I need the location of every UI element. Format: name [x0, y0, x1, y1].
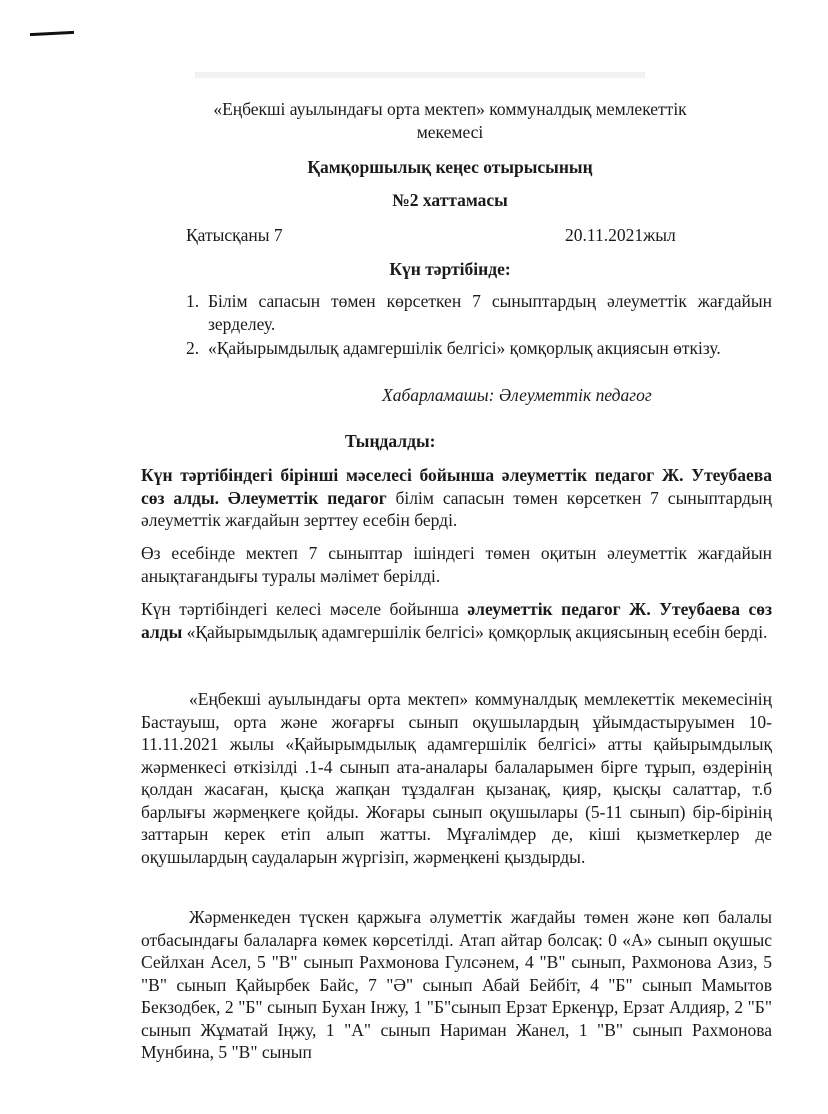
title-line-2: №2 хаттамасы — [150, 189, 750, 212]
bleed-through-shadow — [195, 72, 645, 78]
reporter-label: Хабарламашы — [382, 385, 489, 405]
reporter-line: Хабарламашы: Әлеуметтік педагог — [382, 384, 652, 407]
agenda-item-2: 2. «Қайырымдылық адамгершілік белгісі» қ… — [186, 337, 772, 360]
heard-paragraph-3: Күн тәртібіндегі келесі мәселе бойынша ә… — [141, 598, 772, 643]
heard-paragraph-1: Күн тәртібіндегі бірінші мәселесі бойынш… — [141, 464, 772, 532]
attendees-count: Қатысқаны 7 — [186, 224, 283, 247]
fair-paragraph: «Еңбекші ауылындағы орта мектеп» коммуна… — [141, 688, 772, 868]
institution-line-2: мекемесі — [150, 121, 750, 144]
meeting-date: 20.11.2021жыл — [565, 224, 676, 247]
agenda-item-text: Білім сапасын төмен көрсеткен 7 сыныптар… — [208, 291, 772, 334]
heard-paragraph-2: Өз есебінде мектеп 7 сыныптар ішіндегі т… — [141, 542, 772, 587]
aid-recipients-paragraph: Жәрменкеден түскен қаржыға әлуметтік жағ… — [141, 906, 772, 1064]
p3-rest: «Қайырымдылық адамгершілік белгісі» қомқ… — [182, 622, 767, 642]
title-line-1: Қамқоршылық кеңес отырысының — [150, 156, 750, 179]
reporter-value: : Әлеуметтік педагог — [489, 385, 652, 405]
agenda-item-text: «Қайырымдылық адамгершілік белгісі» қомқ… — [208, 338, 721, 358]
p3-start: Күн тәртібіндегі келесі мәселе бойынша — [141, 599, 467, 619]
institution-line-1: «Еңбекші ауылындағы орта мектеп» коммуна… — [150, 98, 750, 121]
agenda-item-number: 1. — [186, 290, 199, 313]
document-title: Қамқоршылық кеңес отырысының №2 хаттамас… — [150, 156, 750, 211]
agenda-item-number: 2. — [186, 337, 199, 360]
agenda-heading: Күн тәртібінде: — [150, 258, 750, 281]
heard-heading: Тыңдалды: — [345, 430, 435, 453]
scan-mark — [30, 31, 74, 36]
agenda-list: 1. Білім сапасын төмен көрсеткен 7 сынып… — [186, 290, 772, 360]
agenda-item-1: 1. Білім сапасын төмен көрсеткен 7 сынып… — [186, 290, 772, 335]
institution-header: «Еңбекші ауылындағы орта мектеп» коммуна… — [150, 98, 750, 143]
